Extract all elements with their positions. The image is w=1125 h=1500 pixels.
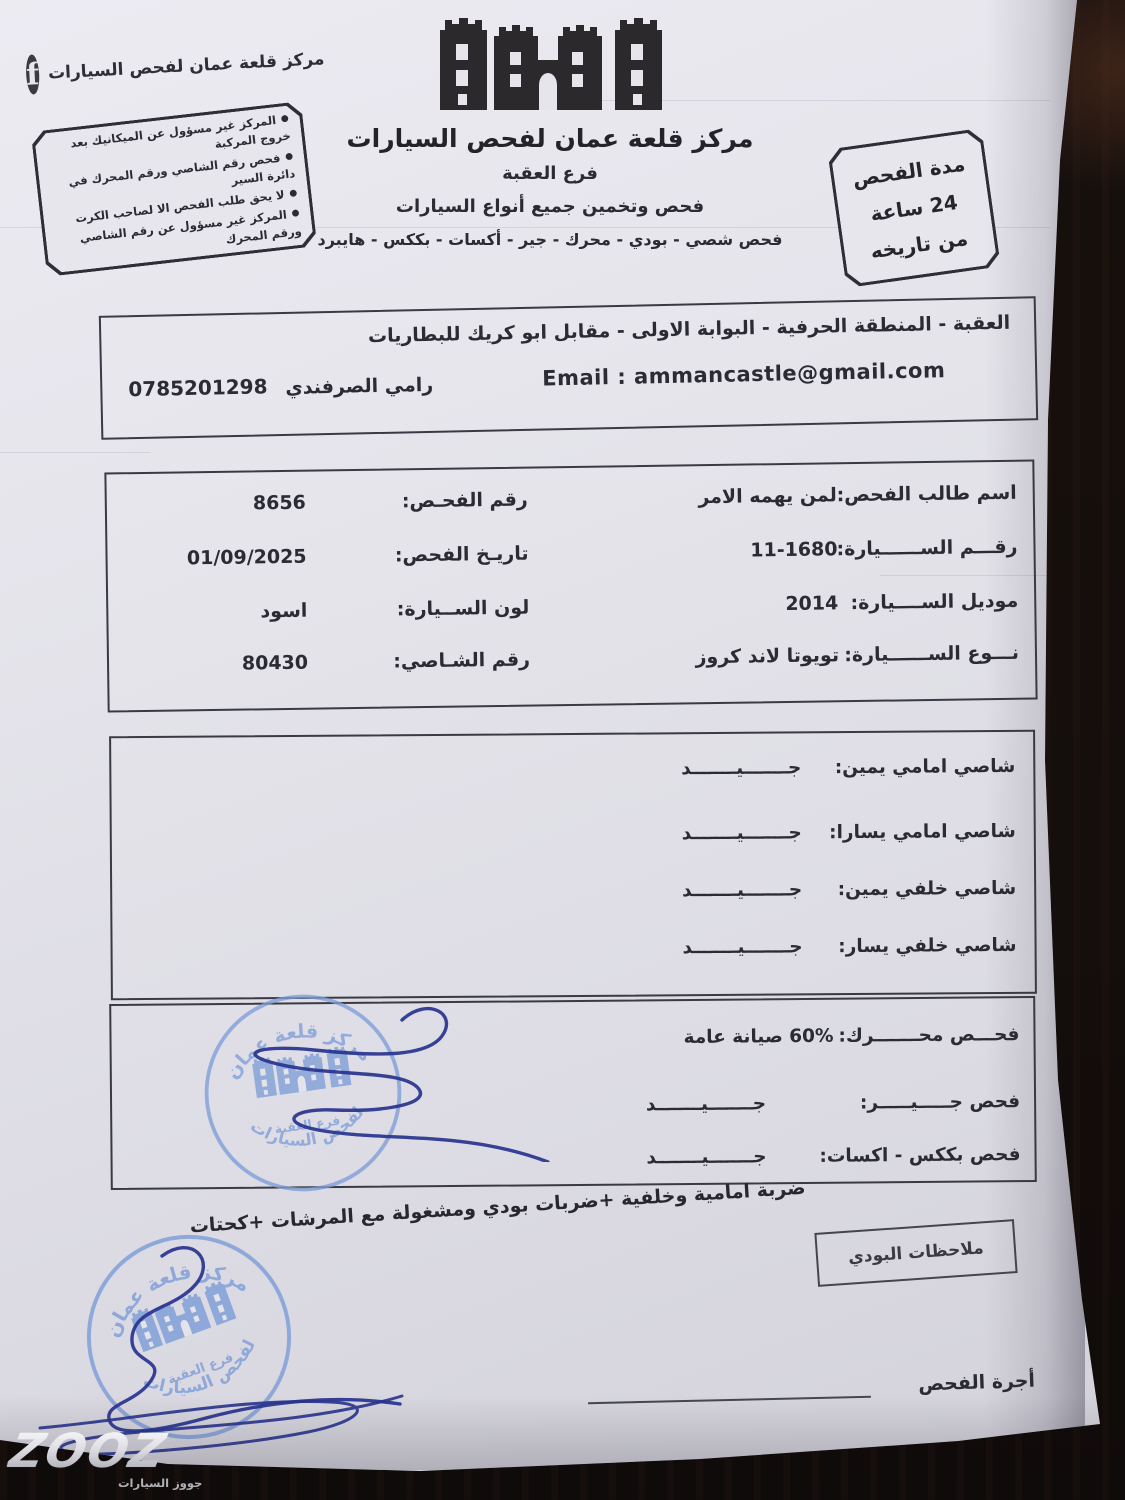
check-label: شاصي خلفي يمين:: [838, 878, 1017, 900]
plate-value: 11-1680: [750, 538, 838, 561]
check-value: جـــــــيـــــــد: [681, 757, 801, 779]
zooz-caption: جووز السيارات: [118, 1476, 202, 1490]
scanned-inspection-form: f مركز قلعة عمان لفحص السيارات مركز قلعة…: [0, 0, 1125, 1500]
disclaimer-box: ●المركز غير مسؤول عن الميكانيك بعد خروج …: [31, 101, 318, 277]
fold-line: [560, 100, 1050, 101]
chassis-checks-box: شاصي امامي يمين: جـــــــيـــــــد شاصي …: [109, 730, 1037, 1000]
color-value: اسود: [260, 600, 307, 623]
notes-text: ضربة امامية وخلفية +ضربات بودي ومشغولة م…: [192, 1177, 806, 1238]
disclaimer-item: ●فحص رقم الشاصي ورقم المحرك في دائرة الس…: [50, 148, 296, 210]
duration-border: [827, 128, 1001, 288]
check-label: شاصي امامي يمين:: [835, 756, 1016, 778]
check-label: شاصي خلفي يسار:: [838, 935, 1016, 957]
check-value: جـــــــيـــــــد: [682, 936, 802, 958]
exam-no-label: رقم الفحـص:: [402, 489, 528, 513]
services-line: فحص شصي - بودي - محرك - جير - أكسات - بك…: [300, 230, 800, 249]
exam-no-value: 8656: [253, 492, 306, 515]
disclaimer-item: ●المركز غير مسؤول عن رقم الشاصي ورقم الم…: [56, 205, 302, 267]
disclaimer-item: ●لا يحق طلب الفحص الا لصاحب الكرت: [54, 185, 298, 230]
fee-label: أجرة الفحص: [895, 1370, 1036, 1397]
requester-label: اسم طالب الفحص:: [836, 482, 1016, 507]
center-title: مركز قلعة عمان لفحص السيارات: [320, 124, 780, 153]
duration-inner: [830, 131, 997, 285]
contact-box: العقبة - المنطقة الحرفية - البوابة الاول…: [99, 296, 1038, 440]
svg-text:لفحص السيارات: لفحص السيارات: [136, 1331, 269, 1414]
facebook-icon: f: [25, 54, 40, 95]
check-value: جـــــــيـــــــد: [682, 879, 802, 901]
facebook-row: f مركز قلعة عمان لفحص السيارات: [25, 41, 287, 95]
fold-line: [880, 575, 1050, 576]
vehicle-info-box: اسم طالب الفحص: لمن يهمه الامر رقم الفحـ…: [104, 460, 1037, 713]
phone-number: 0785201298: [128, 374, 268, 401]
check-value: جـــــــيـــــــد: [682, 822, 802, 844]
zooz-logo: ZOOZ: [4, 1424, 172, 1479]
castle-logo: [430, 2, 665, 124]
signature: [150, 992, 550, 1162]
duration-note: من تاريخه: [843, 216, 995, 273]
fold-line: [0, 227, 1050, 228]
zooz-watermark: ZOOZ جووز السيارات: [10, 1424, 310, 1479]
color-label: لون الســيارة:: [397, 597, 530, 621]
paper-edge-shadow: [985, 0, 1085, 1460]
exam-date-value: 01/09/2025: [187, 546, 307, 570]
svg-text:مركز قلعة عمان: مركز قلعة عمان: [87, 1238, 259, 1346]
svg-text:لفحص السيارات: لفحص السيارات: [245, 1101, 371, 1158]
duration-title: مدة الفحص: [833, 143, 985, 200]
email-line: Email : ammancastle@gmail.com: [542, 358, 946, 390]
fold-line: [0, 452, 150, 453]
address-line: العقبة - المنطقة الحرفية - البوابة الاول…: [131, 312, 1010, 352]
requester-value: لمن يهمه الامر: [698, 484, 837, 508]
tagline: فحص وتخمين جميع أنواع السيارات: [320, 196, 780, 217]
branch-name: فرع العقبة: [320, 163, 780, 184]
plate-label: رقـــم الســــــيارة:: [836, 536, 1017, 561]
stamp-branch-text: فرع العقبة: [274, 1112, 341, 1136]
mechanical-checks-box: فحـــص محـــــــرك: 60% صيانة عامة فحص ج…: [109, 996, 1037, 1190]
check-label: فحص جـــــيـــــر:: [860, 1091, 1020, 1113]
exam-date-label: تاريـخ الفحص:: [395, 543, 529, 567]
chassis-no-value: 80430: [242, 652, 308, 675]
check-value: جـــــــيـــــــد: [646, 1093, 766, 1115]
disclaimer-border: [31, 101, 318, 277]
type-label: نـــوع الســــــيارة:: [844, 642, 1019, 666]
type-value: تويوتا لاند كروز: [695, 644, 839, 668]
model-value: 2014: [785, 592, 838, 615]
check-value: 60% صيانة عامة: [683, 1026, 833, 1048]
model-label: موديل الســــيارة:: [850, 590, 1018, 614]
contact-person: رامي الصرفندي: [285, 374, 433, 399]
check-label: شاصي امامي يسارا:: [829, 821, 1016, 843]
check-label: فحـــص محـــــــرك:: [838, 1024, 1019, 1047]
check-value: جـــــــيـــــــد: [646, 1146, 766, 1168]
disclaimer-item: ●المركز غير مسؤول عن الميكانيك بعد خروج …: [45, 111, 291, 173]
center-stamp: مركز قلعة عمان لفحص السيارات فرع العقبة: [184, 974, 421, 1211]
check-label: فحص بككس - اكسات:: [819, 1144, 1020, 1167]
facebook-page-name: مركز قلعة عمان لفحص السيارات: [48, 49, 325, 83]
chassis-no-label: رقم الشـاصي:: [393, 649, 530, 673]
disclaimer-inner: [34, 104, 314, 273]
stamp-branch-text: فرع العقبة: [166, 1350, 236, 1388]
fee-blank-line: [588, 1396, 871, 1404]
duration-hours: 24 ساعة: [838, 179, 990, 236]
duration-box: مدة الفحص 24 ساعة من تاريخه: [827, 128, 1001, 288]
notes-label-box: ملاحظات البودي: [814, 1219, 1017, 1287]
svg-text:مركز قلعة عمان: مركز قلعة عمان: [215, 1009, 379, 1085]
